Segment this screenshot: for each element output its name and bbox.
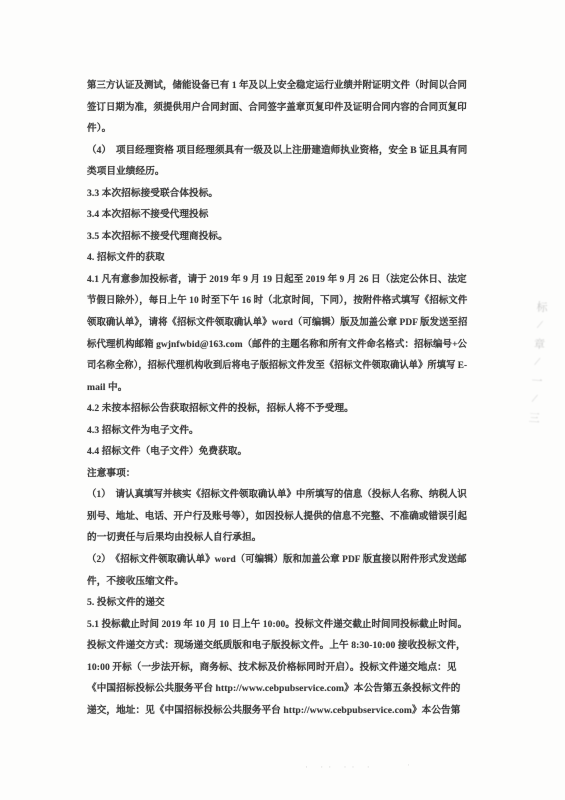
paragraph-line: 别号、地址、电话、开户行及账号等），如因投标人提供的信息不完整、不准确或错误引起 <box>87 506 464 528</box>
paragraph: （1） 请认真填写并核实《招标文件领取确认单》中所填写的信息（投标人名称、纳税人… <box>87 484 467 549</box>
paragraph-line: 3.3 本次招标接受联合体投标。 <box>87 183 467 205</box>
paragraph-line: 3.5 本次招标不接受代理商投标。 <box>87 226 467 248</box>
paragraph: 4.1 凡有意参加投标者，请于 2019 年 9 月 19 日起至 2019 年… <box>87 269 467 398</box>
paragraph-line: 10:00 开标（一步法开标，商务标、技术标及价格标同时开启）。投标文件递交地点… <box>87 657 467 679</box>
paragraph-line: 投标文件递交方式：现场递交纸质版和电子版投标文件。上午 8:30-10:00 接… <box>87 635 467 657</box>
paragraph-line: 类项目业绩经历。 <box>87 161 467 183</box>
scanned-document-page: 第三方认证及测试，储能设备已有 1 年及以上安全稳定运行业绩并附证明文件（时间以… <box>0 0 565 800</box>
paragraph: 5.1 投标截止时间 2019 年 10 月 10 日上午 10:00。投标文件… <box>87 614 467 722</box>
paragraph: 4.3 招标文件为电子文件。 <box>87 420 467 442</box>
paragraph-line: 注意事项： <box>87 463 467 485</box>
scan-artifact-dots: · ·· ·· · <box>305 762 375 772</box>
paragraph-line: 递交，地址：见《中国招标投标公共服务平台 http://www.cebpubse… <box>87 700 467 722</box>
paragraph: 4.4 招标文件（电子文件）免费获取。 <box>87 441 467 463</box>
paragraph: （2） 《招标文件领取确认单》word（可编辑）版和加盖公章 PDF 版直接以附… <box>87 549 467 592</box>
paragraph: 3.4 本次招标不接受代理投标 <box>87 204 467 226</box>
paragraph-line: 签订日期为准，须提供用户合同封面、合同签字盖章页复印件及证明合同内容的合同页复印 <box>87 97 459 119</box>
paragraph-line: 件，不接收压缩文件。 <box>87 571 467 593</box>
paragraph: 3.5 本次招标不接受代理商投标。 <box>87 226 467 248</box>
paragraph-line: mail 中。 <box>87 377 467 399</box>
paragraph-line: 5.1 投标截止时间 2019 年 10 月 10 日上午 10:00。投标文件… <box>87 614 462 636</box>
paragraph-line: 标代理机构邮箱 gwjnfwbid@163.com（邮件的主题名称和所有文件命名… <box>87 334 460 356</box>
paragraph-line: （2） 《招标文件领取确认单》word（可编辑）版和加盖公章 PDF 版直接以附… <box>87 549 457 571</box>
paragraph-line: 的一切责任与后果均由投标人自行承担。 <box>87 527 467 549</box>
paragraph-line: 第三方认证及测试，储能设备已有 1 年及以上安全稳定运行业绩并附证明文件（时间以… <box>87 75 459 97</box>
paragraph: 注意事项： <box>87 463 467 485</box>
paragraph-line: 司名称全称），招标代理机构收到后将电子版招标文件发至《招标文件领取确认单》所填写… <box>87 355 453 377</box>
handwritten-margin-note: 标∕章∕一∕三 <box>525 301 550 431</box>
paragraph: 4. 招标文件的获取 <box>87 247 467 269</box>
paragraph: 5. 投标文件的递交 <box>87 592 467 614</box>
document-body: 第三方认证及测试，储能设备已有 1 年及以上安全稳定运行业绩并附证明文件（时间以… <box>87 75 467 721</box>
paragraph: 4.2 未按本招标公告获取招标文件的投标，招标人将不予受理。 <box>87 398 467 420</box>
paragraph-line: 4. 招标文件的获取 <box>87 247 467 269</box>
paragraph-line: 节假日除外），每日上午 10 时至下午 16 时（北京时间，下同），按附件格式填… <box>87 290 459 312</box>
paragraph-line: 4.4 招标文件（电子文件）免费获取。 <box>87 441 467 463</box>
paragraph-line: 《中国招标投标公共服务平台 http://www.cebpubservice.c… <box>87 678 467 700</box>
paragraph-line: 4.3 招标文件为电子文件。 <box>87 420 467 442</box>
paragraph-line: 4.1 凡有意参加投标者，请于 2019 年 9 月 19 日起至 2019 年… <box>87 269 462 291</box>
paragraph: 3.3 本次招标接受联合体投标。 <box>87 183 467 205</box>
paragraph-line: 件）。 <box>87 118 467 140</box>
paragraph-line: （4） 项目经理资格 项目经理须具有一级及以上注册建造师执业资格，安全 B 证且… <box>87 140 465 162</box>
paragraph-line: 3.4 本次招标不接受代理投标 <box>87 204 467 226</box>
paragraph-line: 5. 投标文件的递交 <box>87 592 467 614</box>
paragraph-line: （1） 请认真填写并核实《招标文件领取确认单》中所填写的信息（投标人名称、纳税人… <box>87 484 459 506</box>
paragraph-line: 4.2 未按本招标公告获取招标文件的投标，招标人将不予受理。 <box>87 398 467 420</box>
paragraph: 第三方认证及测试，储能设备已有 1 年及以上安全稳定运行业绩并附证明文件（时间以… <box>87 75 467 140</box>
paragraph: （4） 项目经理资格 项目经理须具有一级及以上注册建造师执业资格，安全 B 证且… <box>87 140 467 183</box>
paragraph-line: 领取确认单》，请将《招标文件领取确认单》word（可编辑）版及加盖公章 PDF … <box>87 312 458 334</box>
scan-artifact-speck: · <box>407 760 410 770</box>
